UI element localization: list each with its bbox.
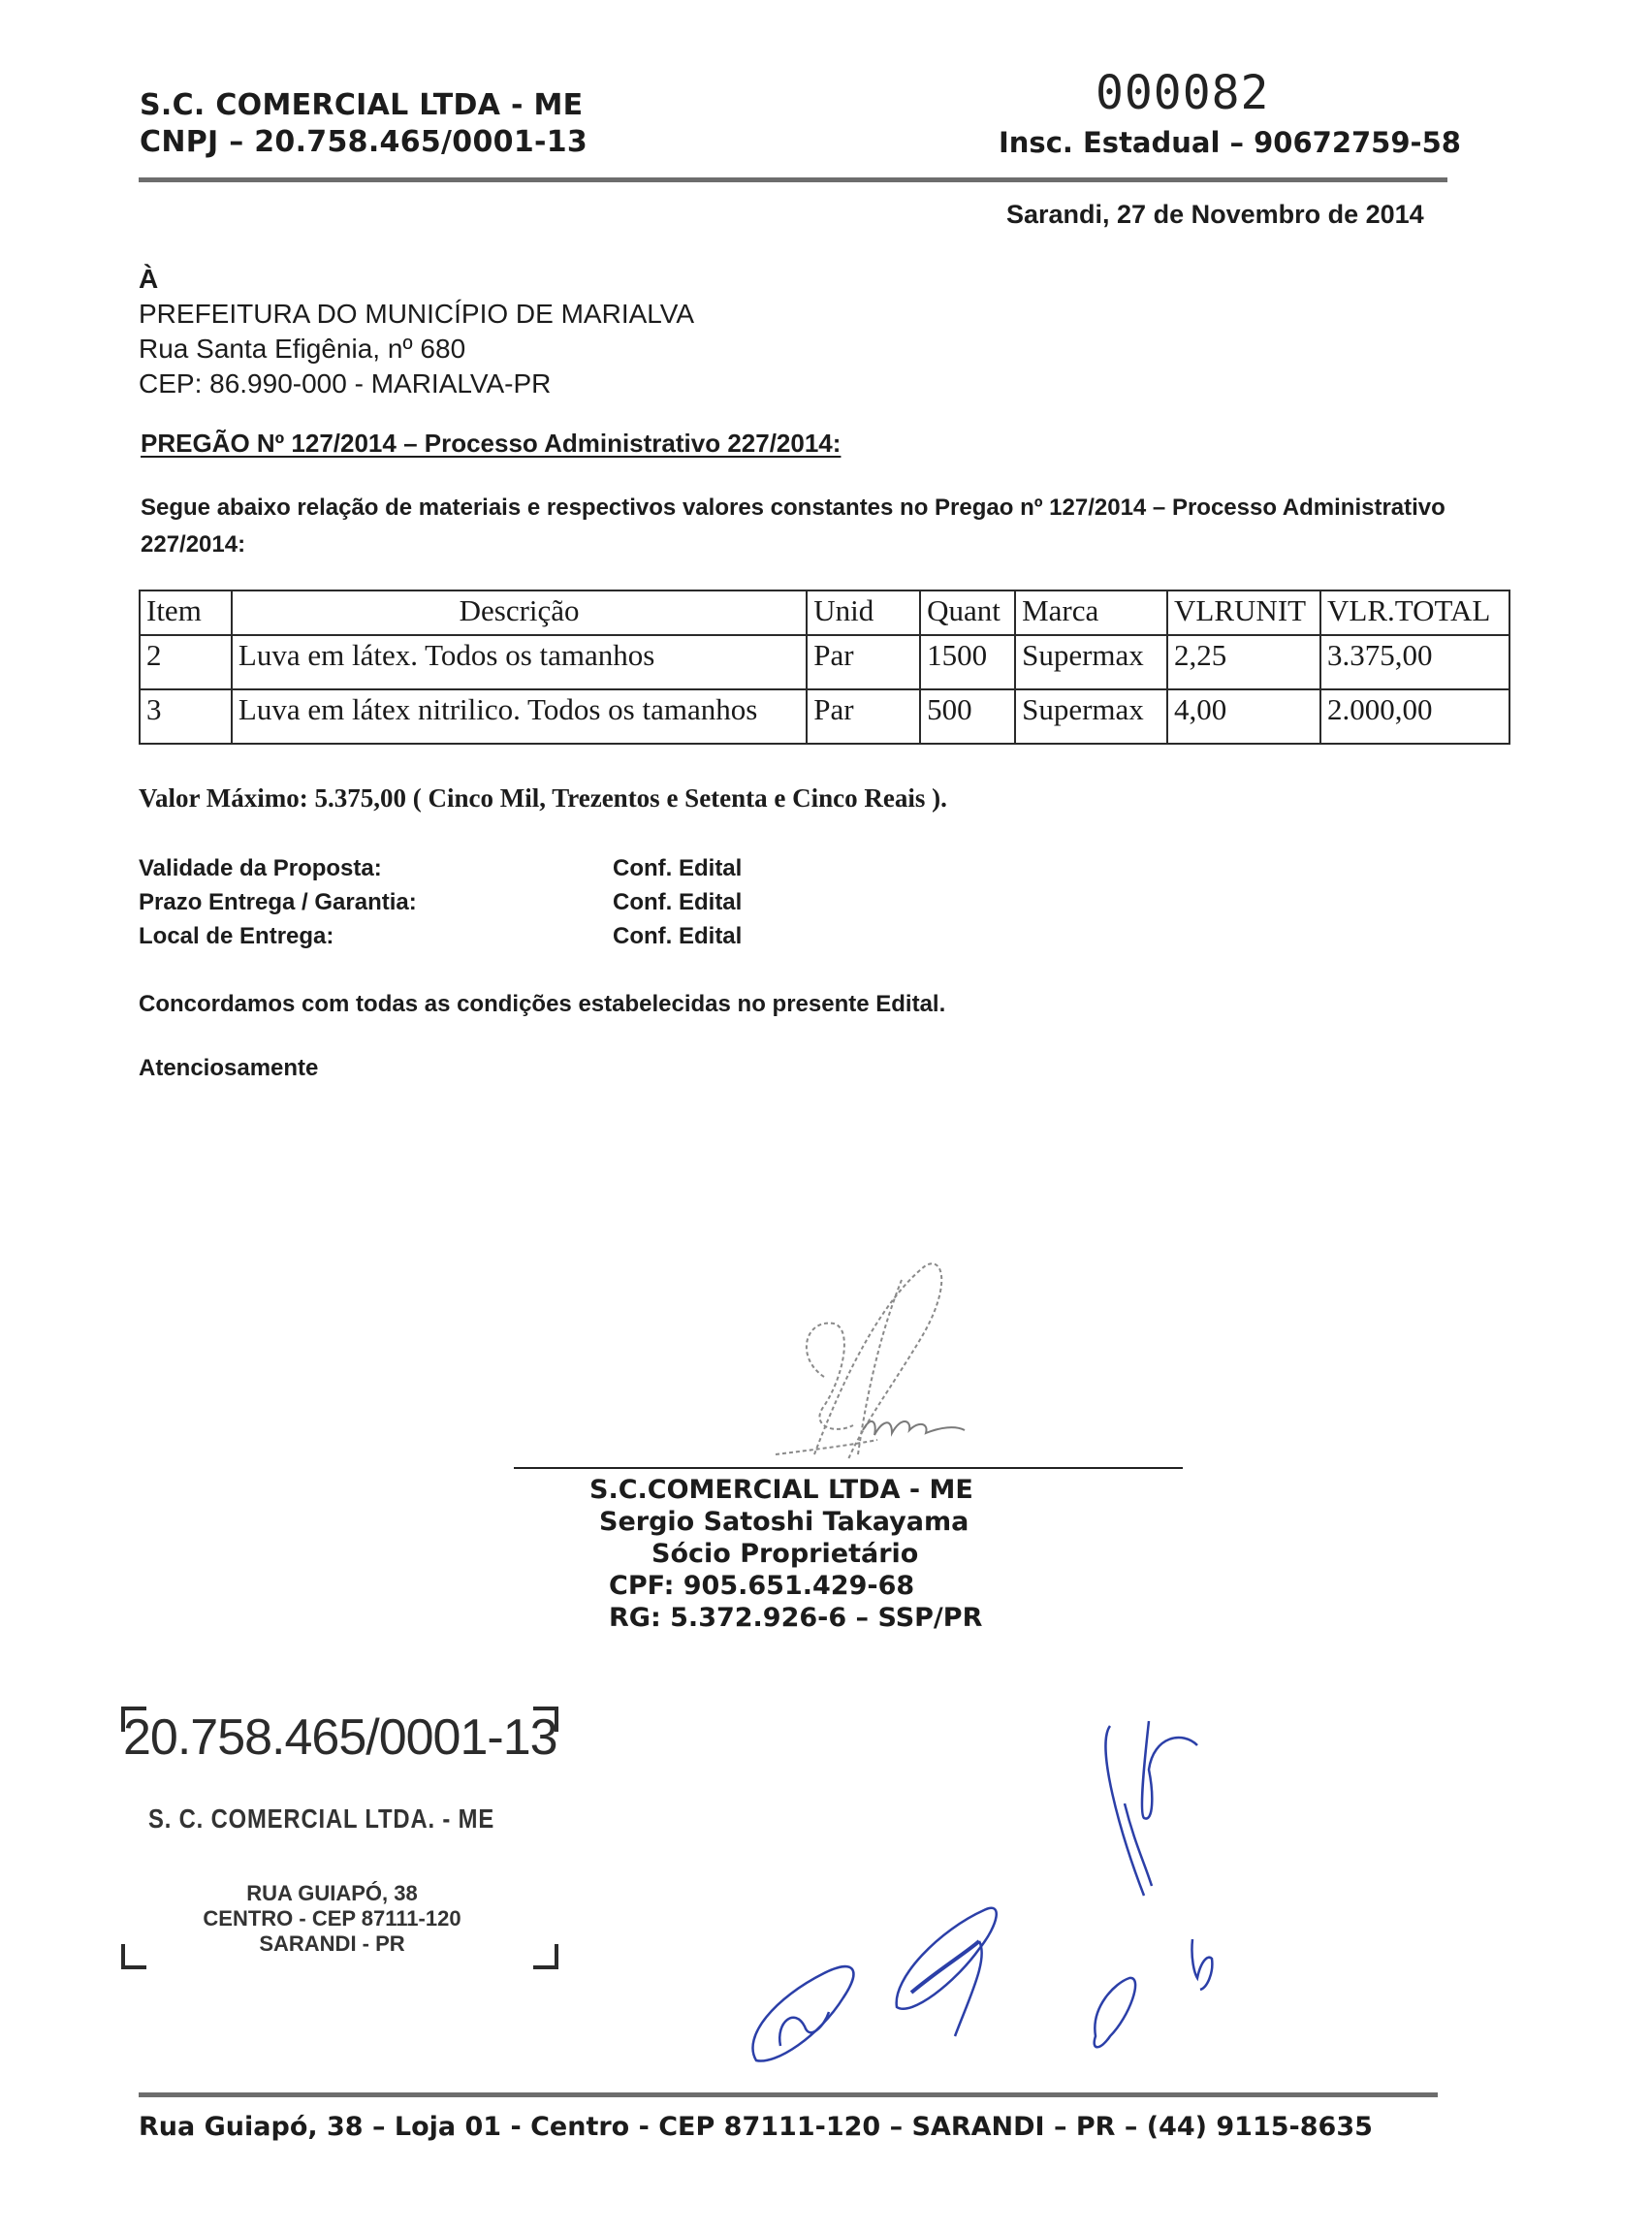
stamp-cnpj: 20.758.465/0001-13 — [123, 1708, 557, 1767]
stamp-address-line: CENTRO - CEP 87111-120 — [111, 1906, 553, 1931]
cell-unit: Par — [807, 689, 920, 744]
cell-total-price: 3.375,00 — [1320, 635, 1509, 689]
footer-divider — [139, 2092, 1438, 2097]
condition-label: Prazo Entrega / Garantia: — [139, 885, 613, 919]
cell-description: Luva em látex. Todos os tamanhos — [232, 635, 807, 689]
recipient-block: À PREFEITURA DO MUNICÍPIO DE MARIALVA Ru… — [139, 262, 694, 401]
cell-quantity: 1500 — [920, 635, 1015, 689]
signer-block: S.C.COMERCIAL LTDA - ME Sergio Satoshi T… — [589, 1474, 982, 1634]
cell-item: 3 — [140, 689, 232, 744]
column-header-description: Descrição — [232, 590, 807, 635]
cell-unit-price: 2,25 — [1167, 635, 1320, 689]
stamp-company: S. C. COMERCIAL LTDA. - ME — [148, 1803, 494, 1835]
stamp-address: RUA GUIAPÓ, 38 CENTRO - CEP 87111-120 SA… — [111, 1881, 553, 1957]
cell-description: Luva em látex nitrilico. Todos os tamanh… — [232, 689, 807, 744]
letterhead-company: S.C. COMERCIAL LTDA - ME CNPJ – 20.758.4… — [140, 87, 588, 161]
company-name: S.C. COMERCIAL LTDA - ME — [140, 87, 588, 124]
cell-unit-price: 4,00 — [1167, 689, 1320, 744]
table-row: 3 Luva em látex nitrilico. Todos os tama… — [140, 689, 1509, 744]
cnpj-stamp: 20.758.465/0001-13 S. C. COMERCIAL LTDA.… — [111, 1697, 567, 1968]
subject-heading: PREGÃO Nº 127/2014 – Processo Administra… — [141, 429, 841, 459]
column-header-total-price: VLR.TOTAL — [1320, 590, 1509, 635]
condition-label: Local de Entrega: — [139, 919, 613, 953]
signer-name: Sergio Satoshi Takayama — [589, 1506, 982, 1538]
agreement-statement: Concordamos com todas as condições estab… — [139, 991, 945, 1018]
cell-brand: Supermax — [1015, 689, 1167, 744]
initial-mark-icon — [752, 1966, 853, 2060]
column-header-quantity: Quant — [920, 590, 1015, 635]
column-header-item: Item — [140, 590, 232, 635]
conditions-list: Validade da Proposta: Conf. Edital Prazo… — [139, 851, 742, 953]
recipient-cep-city: CEP: 86.990-000 - MARIALVA-PR — [139, 367, 694, 401]
signer-company: S.C.COMERCIAL LTDA - ME — [589, 1474, 982, 1506]
condition-label: Validade da Proposta: — [139, 851, 613, 885]
state-registration: Insc. Estadual – 90672759-58 — [999, 126, 1461, 159]
column-header-brand: Marca — [1015, 590, 1167, 635]
condition-row: Prazo Entrega / Garantia: Conf. Edital — [139, 885, 742, 919]
date-line: Sarandi, 27 de Novembro de 2014 — [1006, 200, 1424, 230]
table-row: 2 Luva em látex. Todos os tamanhos Par 1… — [140, 635, 1509, 689]
recipient-name: PREFEITURA DO MUNICÍPIO DE MARIALVA — [139, 297, 694, 332]
signer-role: Sócio Proprietário — [589, 1538, 982, 1570]
document-number: 000082 — [1096, 66, 1269, 120]
max-value: Valor Máximo: 5.375,00 ( Cinco Mil, Trez… — [139, 783, 947, 814]
stamp-address-line: RUA GUIAPÓ, 38 — [111, 1881, 553, 1906]
cell-quantity: 500 — [920, 689, 1015, 744]
cell-unit: Par — [807, 635, 920, 689]
intro-text: Segue abaixo relação de materiais e resp… — [141, 490, 1449, 563]
items-table: Item Descrição Unid Quant Marca VLRUNIT … — [139, 590, 1510, 745]
company-cnpj: CNPJ – 20.758.465/0001-13 — [140, 124, 588, 161]
footer-address: Rua Guiapó, 38 – Loja 01 - Centro - CEP … — [139, 2112, 1373, 2142]
handwritten-signature — [756, 1261, 1105, 1474]
recipient-street: Rua Santa Efigênia, nº 680 — [139, 332, 694, 367]
condition-row: Local de Entrega: Conf. Edital — [139, 919, 742, 953]
condition-row: Validade da Proposta: Conf. Edital — [139, 851, 742, 885]
signer-cpf: CPF: 905.651.429-68 — [589, 1570, 982, 1602]
condition-value: Conf. Edital — [613, 885, 742, 919]
cell-brand: Supermax — [1015, 635, 1167, 689]
column-header-unit-price: VLRUNIT — [1167, 590, 1320, 635]
initial-mark-icon — [1105, 1726, 1144, 1896]
initial-mark-icon — [1095, 1978, 1135, 2047]
recipient-salutation: À — [139, 262, 694, 297]
table-header-row: Item Descrição Unid Quant Marca VLRUNIT … — [140, 590, 1509, 635]
header-divider — [139, 177, 1447, 182]
signature-line — [514, 1467, 1183, 1469]
signer-rg: RG: 5.372.926-6 – SSP/PR — [589, 1602, 982, 1634]
stamp-address-line: SARANDI - PR — [111, 1931, 553, 1957]
closing-salutation: Atenciosamente — [139, 1055, 318, 1082]
blue-initials — [737, 1716, 1512, 2085]
condition-value: Conf. Edital — [613, 851, 742, 885]
cell-total-price: 2.000,00 — [1320, 689, 1509, 744]
column-header-unit: Unid — [807, 590, 920, 635]
condition-value: Conf. Edital — [613, 919, 742, 953]
cell-item: 2 — [140, 635, 232, 689]
